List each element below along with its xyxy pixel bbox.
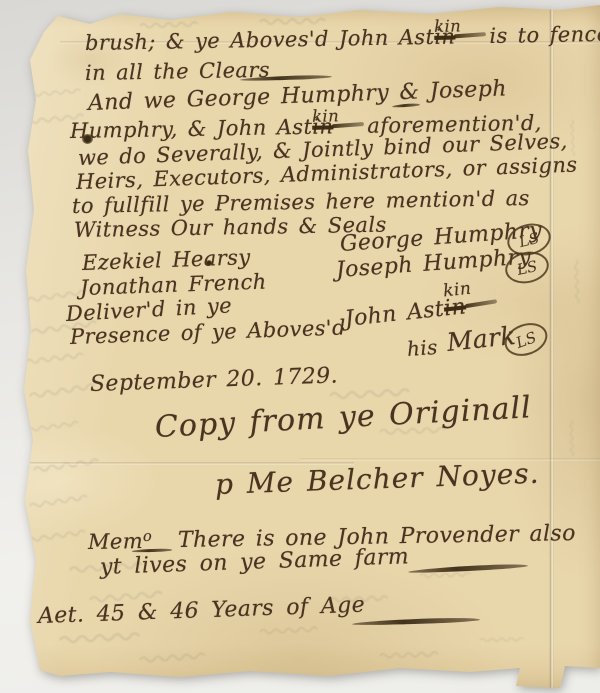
memo-label: Memo — [88, 530, 153, 553]
seal-text: LS — [513, 328, 538, 352]
struck-text: in — [443, 291, 498, 321]
text-run: is to fence — [479, 22, 600, 48]
witness-jonathan-french: Jonathan French — [80, 270, 267, 299]
delivery-note-line-2: Presence of ye Aboves'd — [70, 316, 347, 348]
signature-george-humphry: George Humphry — [339, 219, 543, 256]
inserted-correction: kin — [434, 16, 461, 35]
text-run: brush; & ye Aboves'd John Ast — [85, 25, 435, 55]
manuscript-line-3: And we George Humphry & Joseph — [88, 77, 508, 115]
clerk-signature-belcher-noyes: p Me Belcher Noyes. — [214, 459, 539, 500]
seal-ls: LS — [504, 219, 554, 260]
aged-paper-sheet: brush; & ye Aboves'd John Astinkin is to… — [0, 0, 600, 693]
manuscript-page: brush; & ye Aboves'd John Astinkin is to… — [0, 0, 600, 693]
flourish-dash — [352, 617, 480, 626]
manuscript-line-7: to fullfill ye Premises here mention'd a… — [72, 187, 530, 217]
horizontal-crease-mid-left — [24, 462, 354, 465]
manuscript-line-6: Heirs, Executors, Administrators, or ass… — [76, 153, 578, 193]
flourish-dash — [392, 103, 420, 108]
memo-text-line-2: yt lives on ye Same farm — [100, 545, 410, 579]
age-note-line: Aet. 45 & 46 Years of Age — [38, 594, 366, 628]
horizontal-crease-mid-right — [300, 458, 600, 461]
manuscript-line-4: Humphry, & John Astinkin aforemention'd, — [70, 112, 542, 142]
text-run: Humphry, & John Ast — [70, 115, 313, 143]
copy-attestation-line: Copy from ye Originall — [154, 392, 532, 443]
manuscript-line-5: we do Severally, & Jointly bind our Selv… — [78, 130, 568, 169]
text-run: Mem — [88, 529, 143, 554]
seal-text: LS — [517, 228, 541, 250]
inserted-correction: kin — [312, 106, 339, 125]
manuscript-line-1: brush; & ye Aboves'd John Astinkin is to… — [85, 23, 600, 54]
seal-ls: LS — [502, 248, 551, 287]
memo-underline-dash — [132, 548, 172, 552]
manuscript-line-2: in all the Clears — [85, 59, 270, 84]
bleed-through-ink — [0, 0, 600, 693]
his-mark-mark: Mark — [446, 323, 518, 356]
struck-text: in — [312, 114, 364, 139]
manuscript-line-8: Witness Our hands & Seals — [74, 214, 387, 242]
ink-blot — [206, 260, 212, 266]
superscript-o: o — [143, 528, 153, 545]
horizontal-crease-top — [60, 41, 600, 44]
seal-ls: LS — [500, 317, 552, 361]
text-run: aforemention'd, — [357, 111, 542, 138]
ink-blot — [82, 134, 93, 144]
memo-text-line-1: There is one John Provender also — [178, 522, 576, 552]
struck-text: in — [434, 24, 486, 49]
inserted-correction: kin — [442, 279, 472, 302]
vertical-fold-crease — [549, 0, 554, 693]
date-line: September 20. 1729. — [90, 364, 339, 396]
seal-text: LS — [515, 257, 539, 279]
flourish-dash — [240, 74, 332, 81]
delivery-note-line-1: Deliver'd in ye — [65, 294, 232, 325]
signature-john-astkin: John Astinkin — [344, 293, 492, 331]
flourish-dash — [408, 563, 528, 574]
witness-ezekiel-hearsy: Ezekiel Hearsy — [82, 246, 251, 274]
signature-joseph-humphry: Joseph Humphry — [335, 245, 532, 282]
text-run: John Ast — [344, 297, 446, 332]
his-mark-his: his — [406, 337, 438, 360]
